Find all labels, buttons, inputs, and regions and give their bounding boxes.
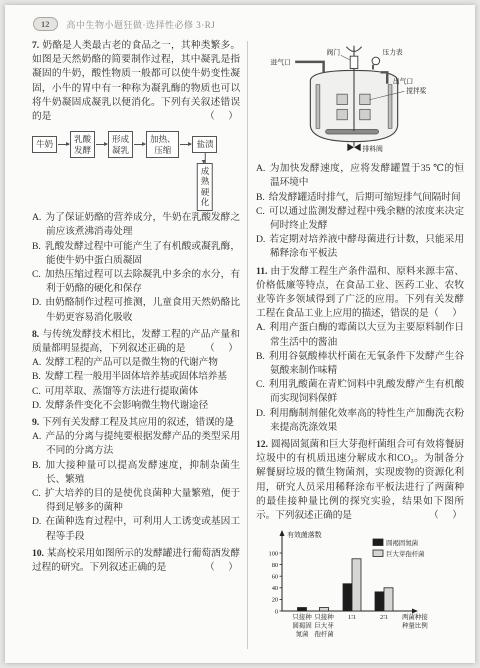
- shaft-valve: [350, 56, 358, 68]
- paddle-square: [337, 94, 347, 104]
- question-7-option-a: A.为了保证奶酪的营养成分，牛奶在乳酸发酵之前应该煮沸消毒处理: [32, 211, 240, 239]
- option-label: A.: [32, 431, 41, 442]
- bar-chart: 有效菌落数020406080100只接种圆褐固氮菌只接种巨大芽孢杆菌1∶12∶1…: [256, 526, 461, 638]
- question-11-option-b: B.利用谷氨酸棒状杆菌在无氧条件下发酵产生谷氨酸来制作味精: [256, 350, 464, 378]
- option-label: D.: [256, 408, 265, 419]
- svg-text:2∶1: 2∶1: [380, 614, 388, 621]
- svg-text:有效菌落数: 有效菌落数: [287, 530, 322, 539]
- question-12: 12.圆褐固氮菌和巨大芽孢杆菌组合可有效将餐厨垃圾中的有机质迅速分解成水和CO₂…: [256, 438, 464, 643]
- book-page: 12 高中生物小题狂做·选择性必修 3·RJ 7.奶酪是人类最古老的食品之一，其…: [5, 5, 475, 663]
- question-8-option-d: D.发酵条件变化不会影响微生物代谢途径: [32, 399, 240, 413]
- question-number: 10.: [32, 548, 44, 559]
- valve-pointer: [341, 55, 350, 60]
- option-label: B.: [32, 371, 41, 382]
- question-12-stem: 12.圆褐固氮菌和巨大芽孢杆菌组合可有效将餐厨垃圾中的有机质迅速分解成水和CO₂…: [256, 438, 464, 523]
- drain-valve-left: [347, 144, 354, 152]
- right-arrow-icon: [58, 144, 69, 145]
- flow-node-ripening: 成熟 硬化: [197, 163, 214, 211]
- page-number-badge: 12: [33, 17, 58, 31]
- option-text: 利用产蛋白酶的霉菌以大豆为主要原料制作日常生活中的酱油: [269, 322, 464, 347]
- option-text: 发酵工程的产品可以是微生物的代谢产物: [45, 357, 218, 368]
- svg-text:80: 80: [272, 562, 278, 569]
- option-text: 可用萃取、蒸馏等方法进行提取菌体: [45, 386, 198, 397]
- svg-text:60: 60: [272, 574, 278, 581]
- question-7-option-b: B.乳酸发酵过程中可能产生了有机酸或凝乳酶，能使牛奶中蛋白质凝固: [32, 240, 240, 268]
- question-8-stem: 8.与传统发酵技术相比，发酵工程的产品产量和质量都明显提高，下列叙述正确的是（ …: [32, 328, 240, 356]
- option-text: 为加快发酵速度，应将发酵罐置于35 ℃的恒温环境中: [269, 163, 464, 188]
- question-7: 7.奶酪是人类最古老的食品之一，其种类繁多。如图是天然奶酪的简要制作过程，其中凝…: [32, 39, 240, 325]
- flow-node-heat-press: 加热、 压缩: [146, 131, 179, 158]
- svg-text:氮菌: 氮菌: [296, 629, 309, 638]
- question-number: 11.: [256, 266, 267, 277]
- svg-text:种量比例: 种量比例: [402, 621, 428, 630]
- option-text: 利用谷氨酸棒状杆菌在无氧条件下发酵产生谷氨酸来制作味精: [269, 351, 464, 376]
- option-text: 给发酵罐适时排气，后期可缩短排气间隔时间: [269, 192, 461, 203]
- option-text: 可以通过监测发酵过程中残余糖的浓度来决定何时终止发酵: [269, 206, 464, 231]
- flow-node-lactic-fermentation: 乳酸 发酵: [70, 131, 95, 158]
- option-label: C.: [32, 488, 41, 499]
- question-10-option-a: A.为加快发酵速度，应将发酵罐置于35 ℃的恒温环境中: [256, 162, 464, 190]
- svg-text:巨大芽: 巨大芽: [314, 621, 334, 630]
- answer-bracket: （ ）: [429, 307, 464, 321]
- question-7-stem: 7.奶酪是人类最古老的食品之一，其种类繁多。如图是天然奶酪的简要制作过程，其中凝…: [32, 39, 240, 124]
- option-text: 若定期对培养液中酵母菌进行计数，只能采用稀释涂布平板法: [269, 234, 464, 259]
- option-text: 加大接种量可以提高发酵速度，抑制杂菌生长、繁殖: [45, 460, 240, 485]
- option-text: 乳酸发酵过程中可能产生了有机酸或凝乳酶，能使牛奶中蛋白质凝固: [45, 241, 240, 266]
- flow-tail-column: 盐渍 成熟 硬化: [192, 136, 217, 153]
- question-9-option-b: B.加大接种量可以提高发酵速度，抑制杂菌生长、繁殖: [32, 459, 240, 487]
- option-label: B.: [256, 351, 265, 362]
- svg-text:40: 40: [272, 585, 278, 592]
- svg-text:只接种: 只接种: [314, 612, 334, 621]
- question-9-option-c: C.扩大培养的目的是使优良菌种大量繁殖，便于得到足够多的菌种: [32, 487, 240, 515]
- option-label: D.: [256, 234, 265, 245]
- flow-tail: 成熟 硬化: [197, 153, 214, 211]
- option-text: 扩大培养的目的是使优良菌种大量繁殖，便于得到足够多的菌种: [45, 488, 240, 513]
- option-label: C.: [32, 386, 41, 397]
- question-11-stem: 11.由于发酵工程生产条件温和、原料来源丰富、价格低廉等特点，在食品工业、医药工…: [256, 265, 464, 322]
- inlet-pipe: [295, 62, 323, 72]
- svg-text:1∶1: 1∶1: [348, 614, 356, 621]
- answer-bracket: （ ）: [205, 342, 240, 356]
- svg-text:圆褐固氮菌: 圆褐固氮菌: [386, 538, 419, 547]
- question-8: 8.与传统发酵技术相比，发酵工程的产品产量和质量都明显提高，下列叙述正确的是（ …: [32, 328, 240, 413]
- option-text: 利用酶制剂催化效率高的特性生产加酶洗衣粉来提高洗涤效果: [269, 408, 464, 433]
- vessel-lining-right: [388, 85, 392, 129]
- fermenter-svg: 进气口 阀门 压力表 出气口 搅拌桨 排料阀: [266, 41, 442, 153]
- option-text: 为了保证奶酪的营养成分，牛奶在乳酸发酵之前应该煮沸消毒处理: [45, 212, 240, 237]
- flow-node-curd: 形成 凝乳: [108, 131, 133, 158]
- column-divider: [247, 41, 248, 649]
- colony-bar-chart: 有效菌落数020406080100只接种圆褐固氮菌只接种巨大芽孢杆菌1∶12∶1…: [256, 526, 464, 643]
- right-column: 进气口 阀门 压力表 出气口 搅拌桨 排料阀 A.为加快发酵速度，应将发酵罐置于…: [256, 39, 464, 646]
- svg-text:只接种: 只接种: [292, 612, 312, 621]
- option-label: A.: [32, 357, 41, 368]
- vessel-lining-left: [316, 85, 320, 129]
- svg-text:20: 20: [272, 597, 278, 604]
- question-9: 9.下列有关发酵工程及其应用的叙述，错误的是（ ） A.产品的分离与提纯要根据发…: [32, 416, 240, 544]
- question-11-option-a: A.利用产蛋白酶的霉菌以大豆为主要原料制作日常生活中的酱油: [256, 321, 464, 349]
- option-label: A.: [256, 163, 265, 174]
- question-number: 9.: [32, 417, 39, 428]
- option-label: C.: [256, 379, 265, 390]
- option-text: 在菌种选育过程中，可利用人工诱变或基因工程等手段: [45, 516, 240, 541]
- question-8-option-b: B.发酵工程一般用半固体培养基或固体培养基: [32, 370, 240, 384]
- question-10-option-d: D.若定期对培养液中酵母菌进行计数，只能采用稀释涂布平板法: [256, 233, 464, 261]
- question-10-stem: 10.某高校采用如图所示的发酵罐进行葡萄酒发酵过程的研究。下列叙述正确的是（ ）: [32, 547, 240, 575]
- page-header: 12 高中生物小题狂做·选择性必修 3·RJ: [33, 17, 215, 31]
- flow-node-salting: 盐渍: [192, 136, 217, 153]
- right-arrow-icon: [180, 144, 191, 145]
- question-9-stem: 9.下列有关发酵工程及其应用的叙述，错误的是（ ）: [32, 416, 240, 430]
- option-label: D.: [32, 400, 41, 411]
- question-7-option-c: C.加热压缩过程可以去除凝乳中多余的水分，有利于奶酪的硬化和保存: [32, 268, 240, 296]
- svg-text:0: 0: [275, 609, 278, 616]
- question-11-option-c: C.利用乳酸菌在青贮饲料中乳酸发酵产生有机酸而实现饲料保鲜: [256, 378, 464, 406]
- right-arrow-icon: [134, 144, 145, 145]
- answer-bracket: （ ）: [205, 416, 240, 430]
- drain-label: 排料阀: [363, 144, 383, 153]
- inlet-label: 进气口: [270, 58, 290, 67]
- paddle-square: [360, 94, 370, 104]
- paddle-label: 搅拌桨: [406, 86, 426, 95]
- left-column: 7.奶酪是人类最古老的食品之一，其种类繁多。如图是天然奶酪的简要制作过程，其中凝…: [32, 39, 240, 578]
- valve-label: 阀门: [326, 47, 340, 56]
- question-11: 11.由于发酵工程生产条件温和、原料来源丰富、价格低廉等特点，在食品工业、医药工…: [256, 265, 464, 435]
- option-label: A.: [256, 322, 265, 333]
- question-10-option-b: B.给发酵罐适时排气，后期可缩短排气间隔时间: [256, 191, 464, 205]
- cheese-process-flowchart: 牛奶 乳酸 发酵 形成 凝乳 加热、 压缩 盐渍 成熟 硬化: [32, 131, 240, 209]
- answer-bracket: （ ）: [205, 110, 240, 124]
- svg-text:两菌种接: 两菌种接: [402, 612, 428, 621]
- down-arrow-icon: [204, 153, 205, 163]
- svg-text:圆褐固: 圆褐固: [292, 621, 312, 630]
- option-text: 发酵条件变化不会影响微生物代谢途径: [45, 400, 208, 411]
- answer-bracket: （ ）: [429, 509, 464, 523]
- book-title: 高中生物小题狂做·选择性必修 3·RJ: [67, 18, 216, 31]
- question-10-option-c: C.可以通过监测发酵过程中残余糖的浓度来决定何时终止发酵: [256, 205, 464, 233]
- fermenter-diagram: 进气口 阀门 压力表 出气口 搅拌桨 排料阀: [266, 41, 464, 158]
- question-number: 7.: [32, 40, 39, 51]
- question-8-option-a: A.发酵工程的产品可以是微生物的代谢产物: [32, 356, 240, 370]
- option-text: 发酵工程一般用半固体培养基或固体培养基: [45, 371, 227, 382]
- gauge-label: 压力表: [382, 47, 402, 56]
- flowchart-main-row: 牛奶 乳酸 发酵 形成 凝乳 加热、 压缩 盐渍 成熟 硬化: [32, 131, 240, 158]
- pressure-gauge-dial: [372, 57, 380, 65]
- option-label: A.: [32, 212, 41, 223]
- option-label: C.: [32, 269, 41, 280]
- question-9-option-d: D.在菌种选育过程中，可利用人工诱变或基因工程等手段: [32, 515, 240, 543]
- option-text: 加热压缩过程可以去除凝乳中多余的水分，有利于奶酪的硬化和保存: [45, 269, 240, 294]
- option-label: D.: [32, 297, 41, 308]
- answer-bracket: （ ）: [205, 561, 240, 575]
- option-label: B.: [256, 192, 265, 203]
- question-10: 10.某高校采用如图所示的发酵罐进行葡萄酒发酵过程的研究。下列叙述正确的是（ ）: [32, 547, 240, 575]
- option-label: B.: [32, 241, 41, 252]
- option-text: 由奶酪制作过程可推测，儿童食用天然奶酪比牛奶更容易消化吸收: [45, 297, 240, 322]
- paddle-square: [360, 109, 370, 119]
- option-text: 产品的分离与提纯要根据发酵产品的类型采用不同的分离方法: [45, 431, 240, 456]
- svg-text:100: 100: [269, 551, 278, 558]
- question-9-option-a: A.产品的分离与提纯要根据发酵产品的类型采用不同的分离方法: [32, 430, 240, 458]
- option-label: C.: [256, 206, 265, 217]
- question-7-option-d: D.由奶酪制作过程可推测，儿童食用天然奶酪比牛奶更容易消化吸收: [32, 296, 240, 324]
- question-number: 8.: [32, 329, 39, 340]
- option-label: D.: [32, 516, 41, 527]
- question-11-option-d: D.利用酶制剂催化效率高的特性生产加酶洗衣粉来提高洗涤效果: [256, 407, 464, 435]
- svg-text:孢杆菌: 孢杆菌: [314, 629, 334, 638]
- right-arrow-icon: [96, 144, 107, 145]
- bottom-paddle-bar: [326, 129, 379, 134]
- option-text: 利用乳酸菌在青贮饲料中乳酸发酵产生有机酸而实现饲料保鲜: [269, 379, 464, 404]
- svg-text:巨大芽孢杆菌: 巨大芽孢杆菌: [386, 549, 425, 558]
- paddle-square: [337, 109, 347, 119]
- question-number: 12.: [256, 439, 268, 450]
- question-10-options: A.为加快发酵速度，应将发酵罐置于35 ℃的恒温环境中 B.给发酵罐适时排气，后…: [256, 162, 464, 261]
- outlet-label: 出气口: [393, 77, 413, 86]
- option-label: B.: [32, 460, 41, 471]
- question-8-option-c: C.可用萃取、蒸馏等方法进行提取菌体: [32, 385, 240, 399]
- flow-node-milk: 牛奶: [32, 136, 57, 153]
- drain-valve-right: [354, 144, 361, 152]
